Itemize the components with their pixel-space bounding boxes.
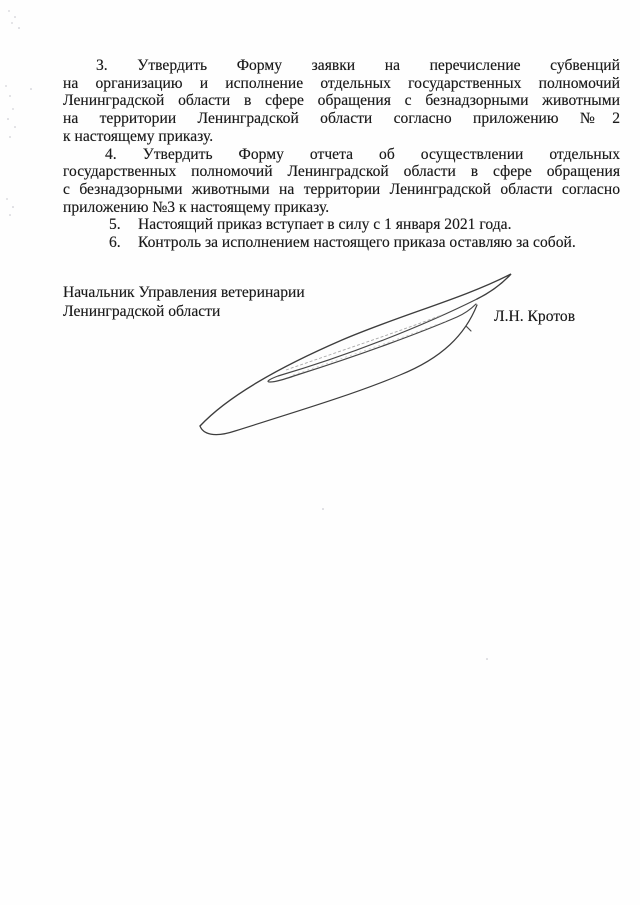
order-item-4-line-2: государственных полномочий Ленинградской… (63, 163, 620, 181)
order-item-3-line-2: на организацию и исполнение отдельных го… (63, 75, 620, 93)
document-page: 3. Утвердить Форму заявки на перечислени… (0, 0, 640, 905)
order-item-3-line-5: к настоящему приказу. (63, 128, 620, 146)
handwritten-signature (190, 263, 520, 438)
order-item-5-number: 5. (109, 216, 138, 234)
order-item-5-text: Настоящий приказ вступает в силу с 1 янв… (138, 216, 511, 233)
order-item-3-line-1: 3. Утвердить Форму заявки на перечислени… (63, 57, 620, 75)
order-body: 3. Утвердить Форму заявки на перечислени… (63, 57, 620, 252)
order-item-3-line-3: Ленинградской области в сфере обращения … (63, 92, 620, 110)
signature-tick-mark (466, 326, 471, 331)
order-item-6-number: 6. (109, 234, 138, 252)
order-item-4-line-1: 4. Утвердить Форму отчета об осуществлен… (63, 146, 620, 164)
order-item-4-line-3: с безнадзорными животными на территории … (63, 181, 620, 199)
signature-outer-bottom-stroke (200, 305, 477, 435)
signature-faint-inner-line (286, 315, 442, 370)
order-item-6-text: Контроль за исполнением настоящего прика… (138, 234, 576, 251)
order-item-3-line-4: на территории Ленинградской области согл… (63, 110, 620, 128)
order-item-4-line-4: приложению №3 к настоящему приказу. (63, 199, 620, 217)
order-item-6: 6.Контроль за исполнением настоящего при… (63, 234, 620, 252)
order-item-5: 5.Настоящий приказ вступает в силу с 1 я… (63, 216, 620, 234)
